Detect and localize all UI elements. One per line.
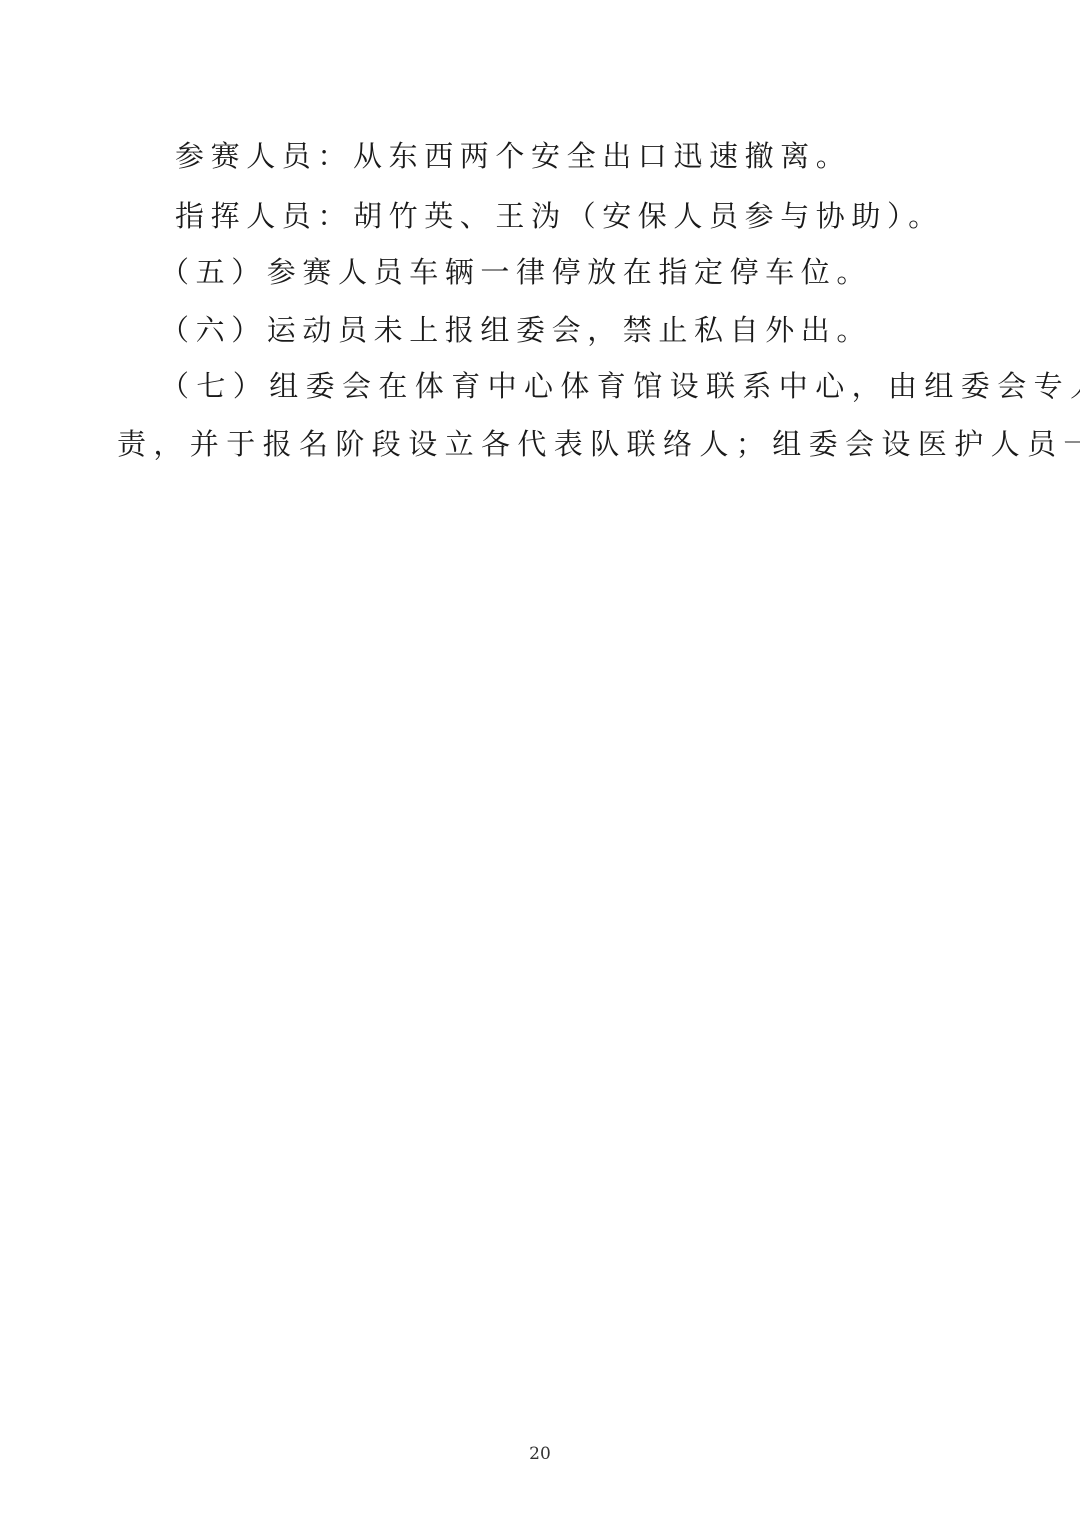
item-seven-contact-center-line2: 责，并于报名阶段设立各代表队联络人；组委会设医护人员一名。 [117,426,1080,462]
evacuation-participants-line: 参赛人员：从东西两个安全出口迅速撤离。 [175,138,851,174]
item-seven-contact-center-line1: （七）组委会在体育中心体育馆设联系中心，由组委会专人负 [160,368,1080,404]
document-page: 参赛人员：从东西两个安全出口迅速撤离。 指挥人员：胡竹英、王沩（安保人员参与协助… [0,0,1080,1526]
command-personnel-line: 指挥人员：胡竹英、王沩（安保人员参与协助）。 [175,198,944,234]
item-six-no-leaving: （六）运动员未上报组委会，禁止私自外出。 [160,312,872,348]
item-five-parking: （五）参赛人员车辆一律停放在指定停车位。 [160,254,872,290]
page-number: 20 [0,1444,1080,1464]
